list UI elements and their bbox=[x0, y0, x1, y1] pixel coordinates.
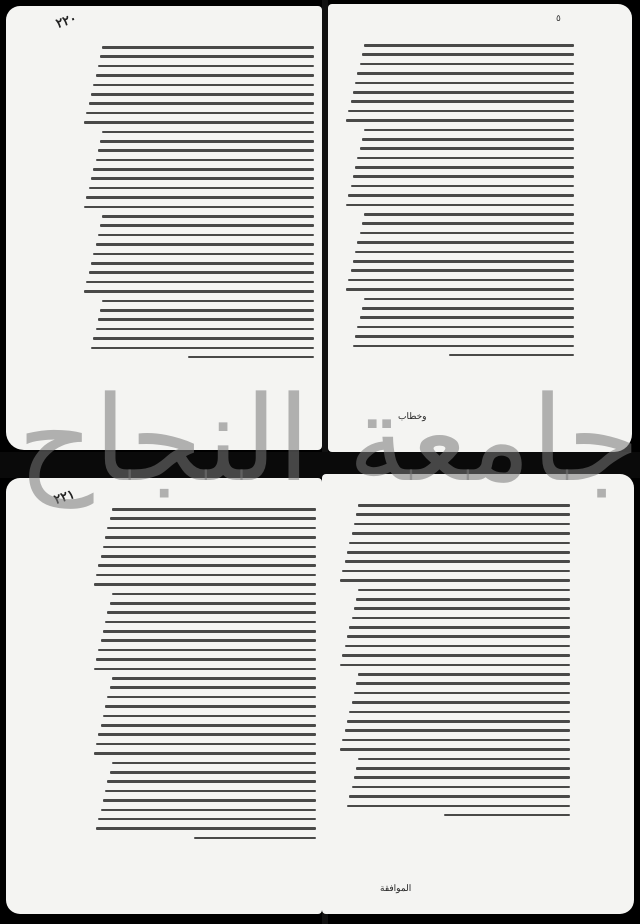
text-line bbox=[112, 762, 316, 765]
text-line bbox=[348, 194, 574, 197]
text-line bbox=[93, 253, 314, 256]
text-line bbox=[356, 598, 570, 601]
text-line bbox=[107, 527, 316, 530]
folio-number: ٢٢١ bbox=[52, 487, 77, 508]
text-line bbox=[98, 818, 316, 821]
text-line bbox=[358, 673, 570, 676]
text-line bbox=[188, 356, 315, 359]
page-top-right: ٥ وخطاب bbox=[328, 4, 632, 452]
text-line bbox=[91, 177, 314, 180]
text-line bbox=[101, 809, 316, 812]
text-line bbox=[103, 546, 316, 549]
manuscript-text bbox=[94, 508, 316, 846]
text-line bbox=[352, 532, 571, 535]
text-line bbox=[112, 593, 316, 596]
text-line bbox=[364, 129, 574, 132]
text-line bbox=[86, 112, 314, 115]
text-line bbox=[354, 523, 570, 526]
text-line bbox=[84, 290, 314, 293]
text-line bbox=[351, 185, 574, 188]
text-line bbox=[362, 138, 574, 141]
text-line bbox=[96, 658, 316, 661]
text-line bbox=[354, 692, 570, 695]
text-line bbox=[349, 626, 570, 629]
text-line bbox=[100, 309, 314, 312]
text-line bbox=[355, 251, 574, 254]
text-line bbox=[103, 630, 316, 633]
text-line bbox=[89, 102, 314, 105]
text-line bbox=[353, 260, 574, 263]
text-line bbox=[364, 44, 574, 47]
text-line bbox=[91, 93, 314, 96]
text-line bbox=[98, 149, 314, 152]
text-line bbox=[345, 729, 570, 732]
text-line bbox=[110, 602, 316, 605]
manuscript-text bbox=[84, 46, 314, 365]
text-line bbox=[348, 110, 574, 113]
text-line bbox=[86, 196, 314, 199]
text-line bbox=[340, 664, 570, 667]
text-line bbox=[357, 326, 574, 329]
text-line bbox=[100, 55, 314, 58]
catchword: الموافقة bbox=[380, 884, 411, 894]
text-line bbox=[340, 579, 570, 582]
text-line bbox=[360, 147, 574, 150]
text-line bbox=[101, 555, 316, 558]
text-line bbox=[89, 187, 314, 190]
text-line bbox=[353, 345, 574, 348]
text-line bbox=[355, 335, 574, 338]
text-line bbox=[342, 570, 570, 573]
text-line bbox=[360, 63, 574, 66]
text-line bbox=[449, 354, 574, 357]
text-line bbox=[347, 720, 570, 723]
text-line bbox=[105, 621, 316, 624]
text-line bbox=[105, 790, 316, 793]
text-line bbox=[98, 733, 316, 736]
text-line bbox=[105, 705, 316, 708]
text-line bbox=[342, 739, 570, 742]
text-line bbox=[348, 279, 574, 282]
text-line bbox=[355, 166, 574, 169]
text-line bbox=[358, 589, 570, 592]
text-line bbox=[93, 84, 314, 87]
text-line bbox=[110, 686, 316, 689]
text-line bbox=[356, 682, 570, 685]
text-line bbox=[357, 241, 574, 244]
text-line bbox=[354, 776, 570, 779]
text-line bbox=[86, 281, 314, 284]
text-line bbox=[98, 234, 314, 237]
text-line bbox=[105, 536, 316, 539]
text-line bbox=[355, 82, 574, 85]
text-line bbox=[96, 159, 315, 162]
text-line bbox=[107, 611, 316, 614]
text-line bbox=[351, 269, 574, 272]
text-line bbox=[358, 504, 570, 507]
catchword: وخطاب bbox=[398, 412, 427, 422]
text-line bbox=[356, 513, 570, 516]
text-line bbox=[352, 701, 571, 704]
page-bottom-left: ٢٢١ bbox=[6, 478, 322, 914]
text-line bbox=[93, 337, 314, 340]
text-line bbox=[101, 724, 316, 727]
text-line bbox=[349, 711, 570, 714]
text-line bbox=[346, 204, 574, 207]
manuscript-text bbox=[346, 44, 574, 363]
text-line bbox=[362, 53, 574, 56]
text-line bbox=[444, 814, 571, 817]
text-line bbox=[96, 243, 315, 246]
text-line bbox=[112, 508, 316, 511]
text-line bbox=[347, 551, 570, 554]
text-line bbox=[360, 232, 574, 235]
text-line bbox=[96, 743, 316, 746]
text-line bbox=[84, 121, 314, 124]
text-line bbox=[98, 649, 316, 652]
text-line bbox=[364, 298, 574, 301]
text-line bbox=[107, 780, 316, 783]
text-line bbox=[110, 517, 316, 520]
text-line bbox=[101, 639, 316, 642]
text-line bbox=[362, 307, 574, 310]
text-line bbox=[345, 560, 570, 563]
text-line bbox=[98, 564, 316, 567]
text-line bbox=[91, 262, 314, 265]
text-line bbox=[356, 767, 570, 770]
manuscript-text bbox=[340, 504, 570, 823]
text-line bbox=[100, 140, 314, 143]
text-line bbox=[107, 696, 316, 699]
text-line bbox=[342, 654, 570, 657]
text-line bbox=[353, 91, 574, 94]
text-line bbox=[96, 827, 316, 830]
folio-number: ٢٢٠ bbox=[54, 11, 79, 32]
page-top-left: ٢٢٠ bbox=[6, 6, 322, 450]
text-line bbox=[360, 316, 574, 319]
page-bottom-right: الموافقة bbox=[322, 474, 634, 914]
text-line bbox=[103, 715, 316, 718]
text-line bbox=[346, 288, 574, 291]
text-line bbox=[102, 131, 314, 134]
text-line bbox=[102, 46, 314, 49]
text-line bbox=[357, 157, 574, 160]
corner-mark: ٥ bbox=[556, 14, 561, 24]
text-line bbox=[357, 72, 574, 75]
text-line bbox=[345, 645, 570, 648]
text-line bbox=[96, 574, 316, 577]
text-line bbox=[91, 347, 314, 350]
text-line bbox=[84, 206, 314, 209]
text-line bbox=[351, 100, 574, 103]
text-line bbox=[352, 617, 571, 620]
text-line bbox=[354, 607, 570, 610]
text-line bbox=[89, 271, 314, 274]
text-line bbox=[110, 771, 316, 774]
text-line bbox=[94, 668, 316, 671]
text-line bbox=[98, 318, 314, 321]
text-line bbox=[358, 758, 570, 761]
text-line bbox=[349, 542, 570, 545]
text-line bbox=[349, 795, 570, 798]
text-line bbox=[100, 224, 314, 227]
text-line bbox=[96, 328, 315, 331]
text-line bbox=[102, 215, 314, 218]
text-line bbox=[362, 222, 574, 225]
text-line bbox=[102, 300, 314, 303]
text-line bbox=[346, 119, 574, 122]
text-line bbox=[94, 752, 316, 755]
text-line bbox=[347, 635, 570, 638]
text-line bbox=[353, 175, 574, 178]
text-line bbox=[352, 786, 571, 789]
text-line bbox=[340, 748, 570, 751]
text-line bbox=[98, 65, 314, 68]
text-line bbox=[96, 74, 315, 77]
text-line bbox=[103, 799, 316, 802]
text-line bbox=[364, 213, 574, 216]
text-line bbox=[347, 805, 570, 808]
text-line bbox=[93, 168, 314, 171]
text-line bbox=[194, 837, 316, 840]
text-line bbox=[112, 677, 316, 680]
text-line bbox=[94, 583, 316, 586]
